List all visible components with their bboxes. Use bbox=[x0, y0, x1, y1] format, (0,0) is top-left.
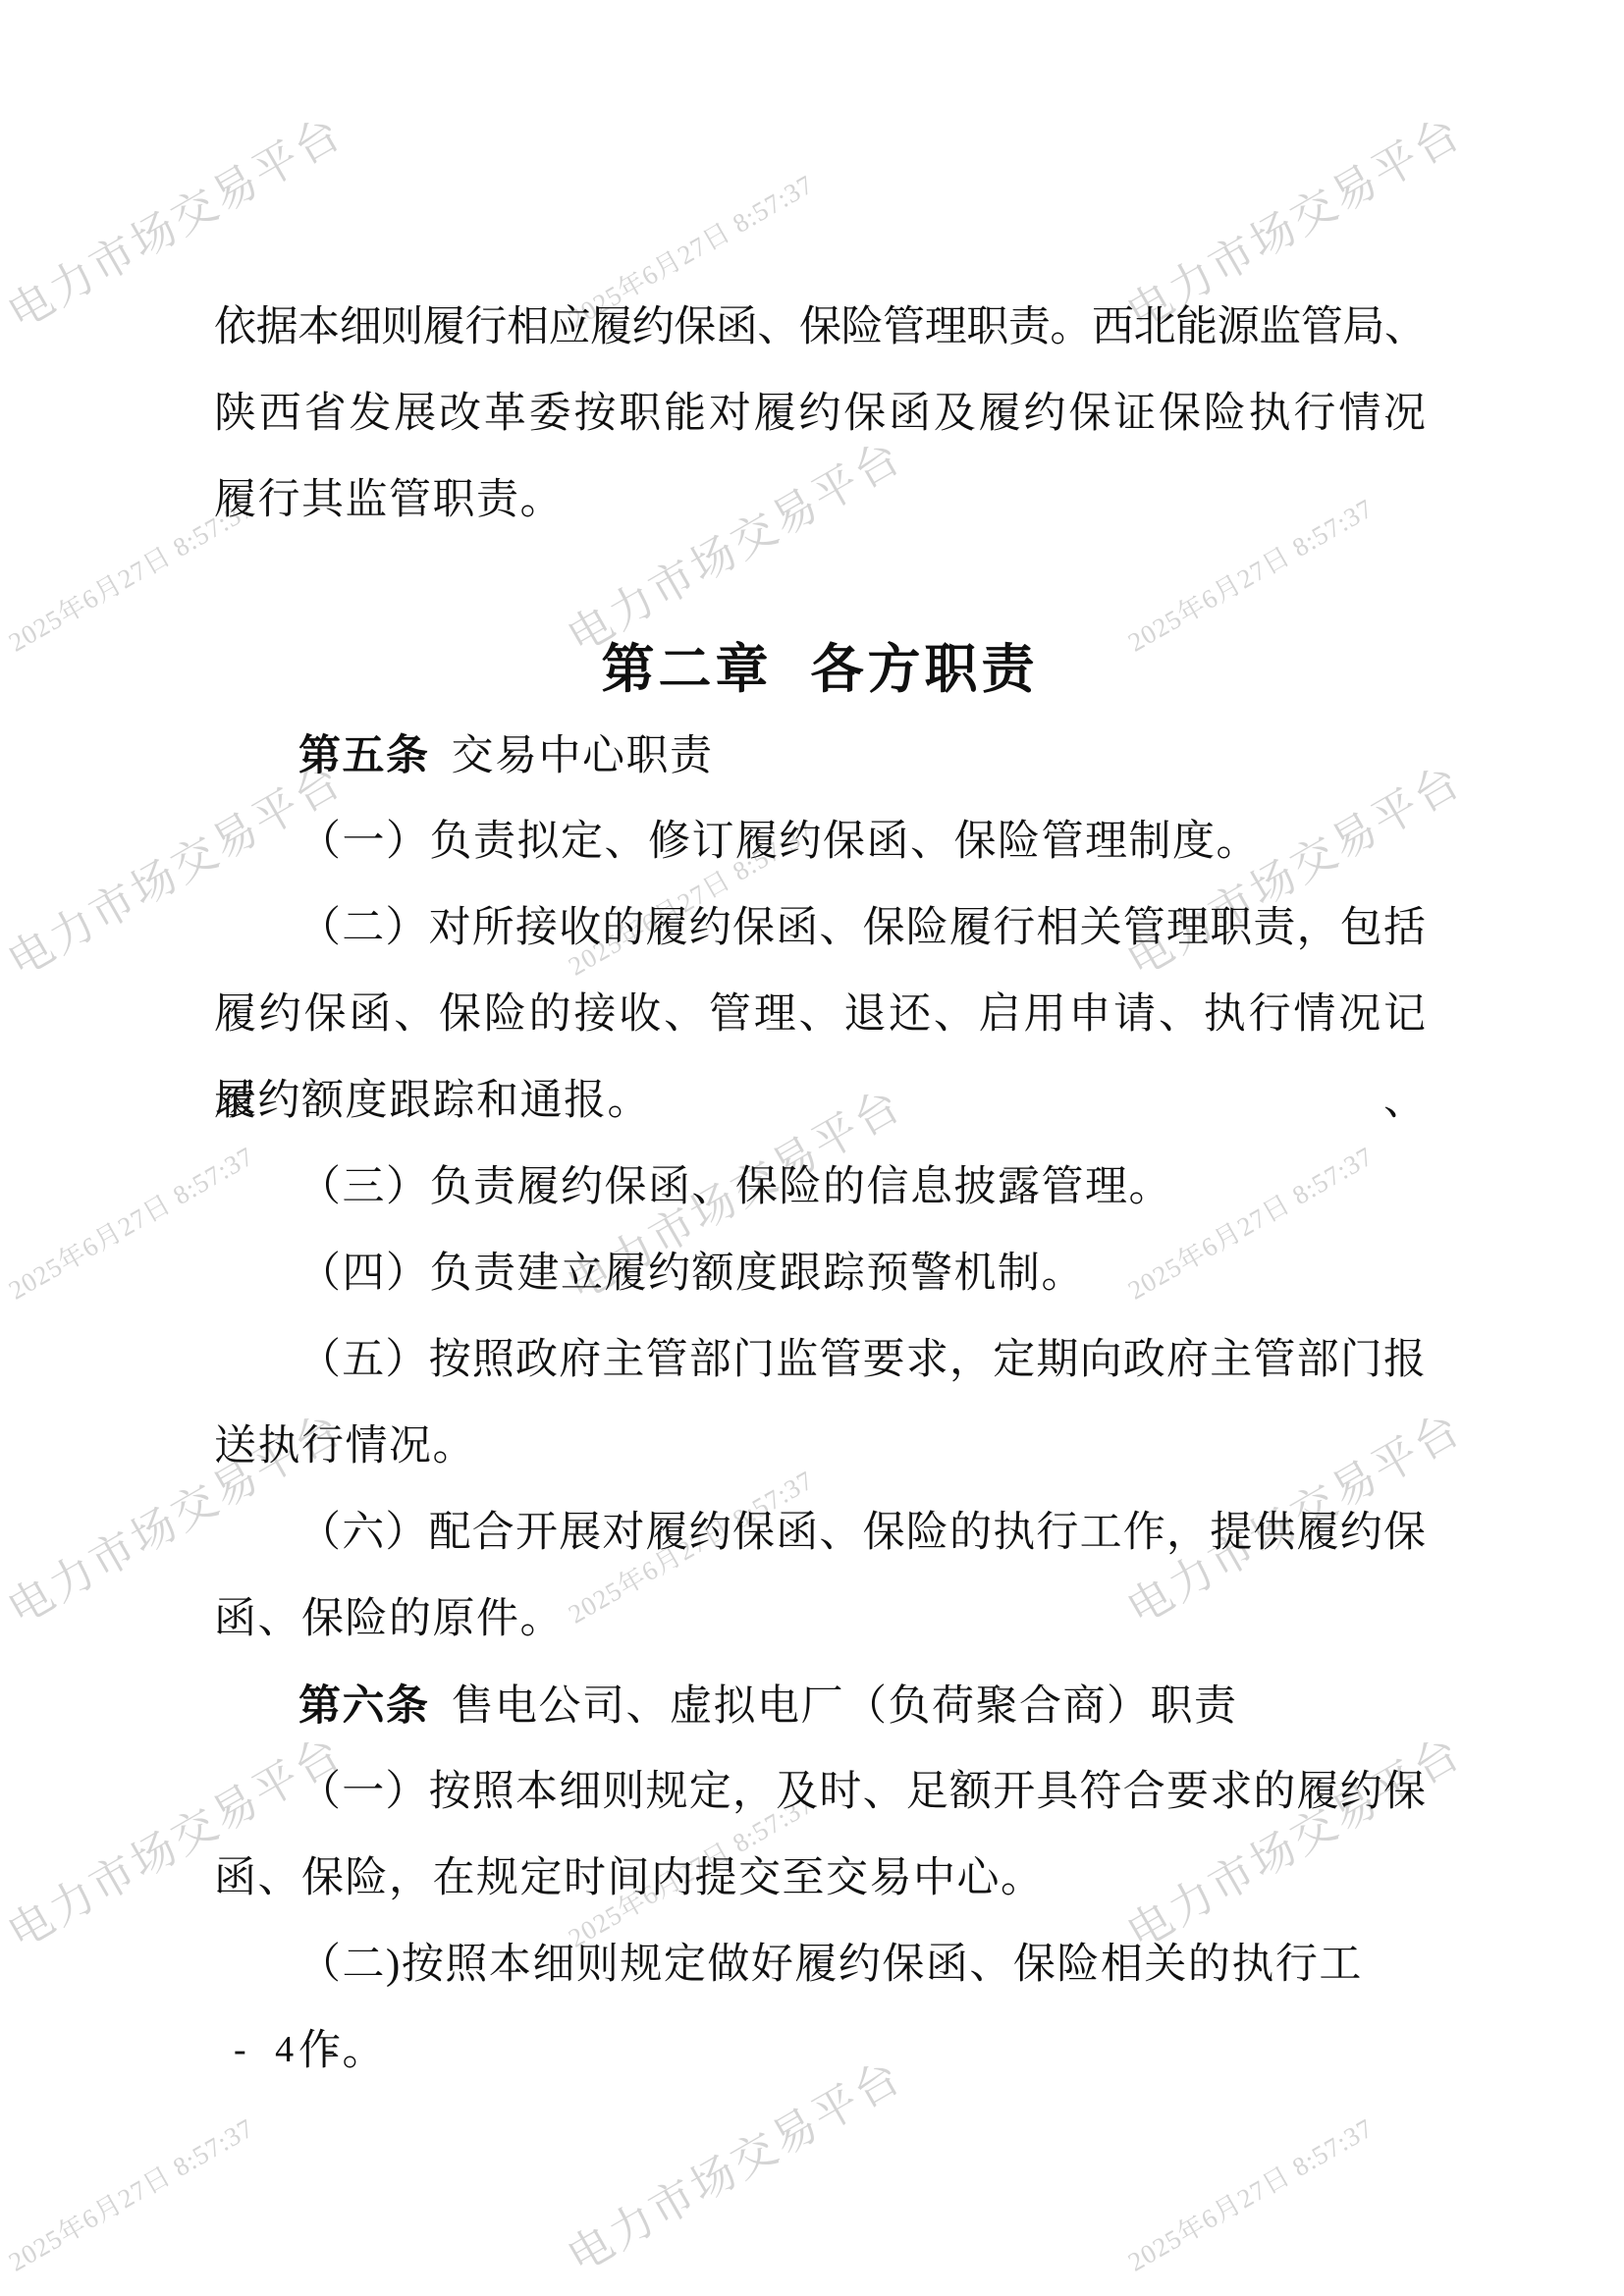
line-text: 交易中心职责 bbox=[452, 733, 714, 779]
text-line: 函、保险的原件。 bbox=[214, 1576, 1426, 1663]
document-body: 依据本细则履行相应履约保函、保险管理职责。西北能源监管局、陕西省发展改革委按职能… bbox=[214, 285, 1426, 2008]
text-line: 陕西省发展改革委按职能对履约保函及履约保证保险执行情况 bbox=[214, 371, 1426, 457]
text-line: （四）负责建立履约额度跟踪预警机制。 bbox=[214, 1231, 1426, 1317]
text-line: 履行其监管职责。 bbox=[214, 457, 1426, 544]
text-line: （五）按照政府主管部门监管要求，定期向政府主管部门报 bbox=[214, 1317, 1426, 1404]
text-line: （三）负责履约保函、保险的信息披露管理。 bbox=[214, 1145, 1426, 1231]
text-line: （二）对所接收的履约保函、保险履行相关管理职责，包括 bbox=[214, 885, 1426, 972]
watermark-timestamp: 2025年6月27日 8:57:37 bbox=[0, 2107, 259, 2278]
text-line: 函、保险，在规定时间内提交至交易中心。 bbox=[214, 1836, 1426, 1922]
text-line: 第六条售电公司、虚拟电厂（负荷聚合商）职责 bbox=[214, 1663, 1426, 1749]
line-text: 售电公司、虚拟电厂（负荷聚合商）职责 bbox=[452, 1683, 1238, 1730]
watermark-platform: 电力市场交易平台 bbox=[554, 2041, 912, 2284]
text-line: （一）按照本细则规定，及时、足额开具符合要求的履约保 bbox=[214, 1749, 1426, 1836]
text-line: 依据本细则履行相应履约保函、保险管理职责。西北能源监管局、 bbox=[214, 285, 1426, 371]
text-line: 第五条交易中心职责 bbox=[214, 713, 1426, 799]
text-line: （六）配合开展对履约保函、保险的执行工作，提供履约保 bbox=[214, 1490, 1426, 1576]
watermark-timestamp: 2025年6月27日 8:57:37 bbox=[1119, 2107, 1379, 2278]
document-page: 电力市场交易平台2025年6月27日 8:57:37电力市场交易平台2025年6… bbox=[0, 0, 1624, 2296]
clause-label: 第五条 bbox=[298, 732, 430, 779]
page-number: - 4 - bbox=[234, 2028, 345, 2071]
text-line: （二)按照本细则规定做好履约保函、保险相关的执行工作。 bbox=[214, 1922, 1426, 2008]
text-line: （一）负责拟定、修订履约保函、保险管理制度。 bbox=[214, 799, 1426, 885]
text-line: 送执行情况。 bbox=[214, 1404, 1426, 1490]
clause-label: 第六条 bbox=[298, 1682, 430, 1730]
chapter-heading: 第二章 各方职责 bbox=[214, 626, 1426, 713]
text-line: 履约保函、保险的接收、管理、退还、启用申请、执行情况记录、 bbox=[214, 972, 1426, 1058]
